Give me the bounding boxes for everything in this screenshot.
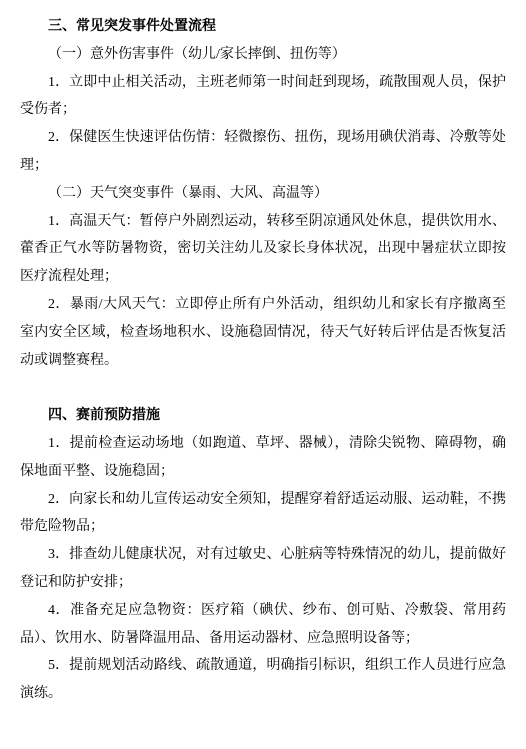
- para-prevention-5-route-planning: 5．提前规划活动路线、疏散通道，明确指引标识，组织工作人员进行应急演练。: [20, 652, 506, 708]
- para-weather-step-1-heat: 1．高温天气：暂停户外剧烈运动，转移至阴凉通风处休息，提供饮用水、藿香正气水等防…: [20, 208, 506, 291]
- document-page: 三、常见突发事件处置流程 （一）意外伤害事件（幼儿/家长摔倒、扭伤等） 1．立即…: [0, 0, 526, 749]
- heading-section-4-pre-event-prevention: 四、赛前预防措施: [20, 402, 506, 430]
- para-prevention-4-emergency-supplies: 4．准备充足应急物资：医疗箱（碘伏、纱布、创可贴、冷敷袋、常用药品）、饮用水、防…: [20, 597, 506, 653]
- para-accident-step-2: 2．保健医生快速评估伤情：轻微擦伤、扭伤，现场用碘伏消毒、冷敷等处理；: [20, 124, 506, 180]
- para-weather-step-2-storm: 2．暴雨/大风天气：立即停止所有户外活动，组织幼儿和家长有序撤离至室内安全区域，…: [20, 291, 506, 374]
- blank-line: [20, 374, 506, 402]
- subheading-1-accidental-injury: （一）意外伤害事件（幼儿/家长摔倒、扭伤等）: [20, 41, 506, 69]
- subheading-2-sudden-weather: （二）天气突变事件（暴雨、大风、高温等）: [20, 180, 506, 208]
- para-prevention-1-venue-check: 1．提前检查运动场地（如跑道、草坪、器械），清除尖锐物、障碍物，确保地面平整、设…: [20, 430, 506, 486]
- para-accident-step-1: 1．立即中止相关活动，主班老师第一时间赶到现场，疏散围观人员，保护受伤者；: [20, 69, 506, 125]
- para-prevention-3-health-screening: 3．排查幼儿健康状况，对有过敏史、心脏病等特殊情况的幼儿，提前做好登记和防护安排…: [20, 541, 506, 597]
- heading-section-3-emergency-handling: 三、常见突发事件处置流程: [20, 13, 506, 41]
- para-prevention-2-safety-notice: 2．向家长和幼儿宣传运动安全须知，提醒穿着舒适运动服、运动鞋，不携带危险物品；: [20, 486, 506, 542]
